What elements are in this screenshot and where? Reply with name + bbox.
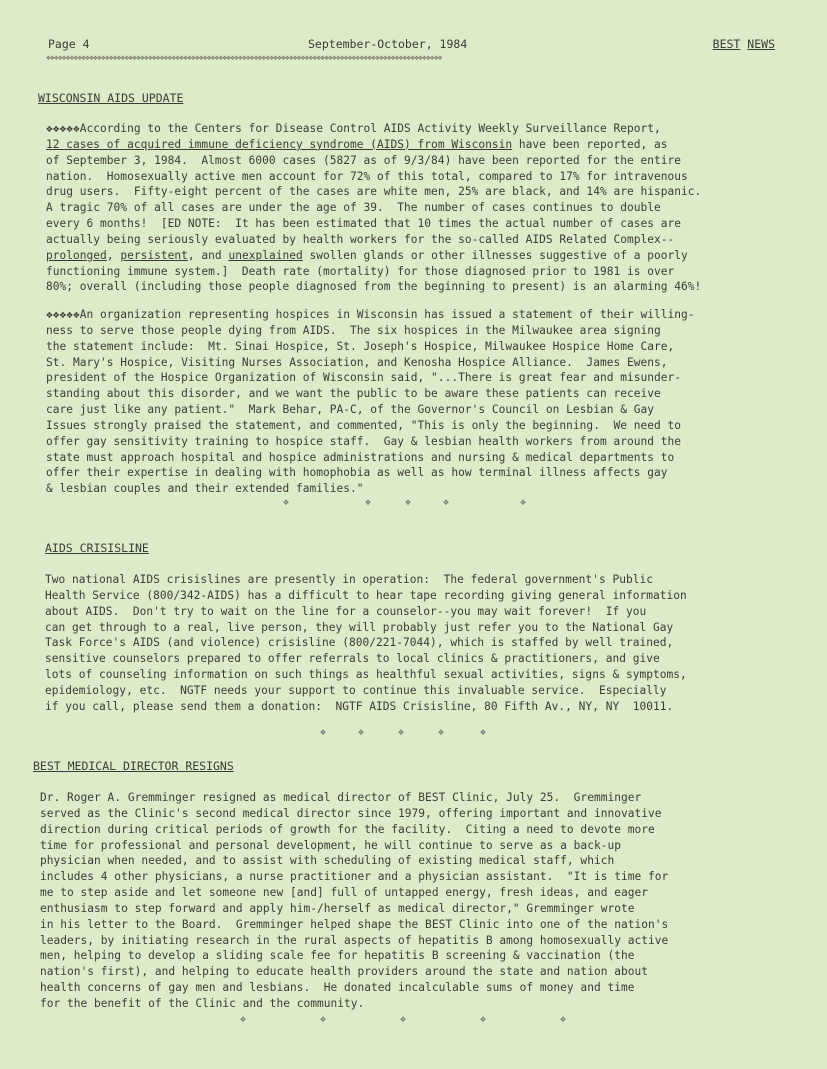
separator-star-icon: ❖ [438, 727, 444, 738]
article-paragraph: Two national AIDS crisislines are presen… [45, 572, 687, 715]
newsletter-page: Page 4 September-October, 1984 BEST NEWS… [0, 0, 827, 1069]
separator-star-icon: ❖ [405, 497, 411, 508]
separator-star-icon: ❖ [398, 727, 404, 738]
article-paragraph: ❖❖❖❖❖According to the Centers for Diseas… [46, 121, 701, 295]
separator-star-icon: ❖ [560, 1014, 566, 1025]
separator-star-icon: ❖ [443, 497, 449, 508]
article-paragraph: ❖❖❖❖❖An organization representing hospic… [46, 307, 695, 497]
publication-name-word-1: BEST [713, 37, 741, 51]
separator-star-icon: ❖ [283, 497, 289, 508]
separator-star-icon: ❖ [320, 1014, 326, 1025]
separator-star-icon: ❖ [520, 497, 526, 508]
page-header: Page 4 September-October, 1984 BEST NEWS [48, 37, 775, 51]
publication-name: BEST NEWS [713, 37, 775, 51]
issue-date: September-October, 1984 [308, 37, 467, 51]
separator-star-icon: ❖ [320, 727, 326, 738]
separator-star-icon: ❖ [240, 1014, 246, 1025]
article-title-best-medical-director-resigns: BEST MEDICAL DIRECTOR RESIGNS [33, 759, 234, 773]
header-divider: ❖❖❖❖❖❖❖❖❖❖❖❖❖❖❖❖❖❖❖❖❖❖❖❖❖❖❖❖❖❖❖❖❖❖❖❖❖❖❖❖… [46, 53, 776, 63]
article-paragraph: Dr. Roger A. Gremminger resigned as medi… [40, 790, 668, 1012]
separator-star-icon: ❖ [358, 727, 364, 738]
publication-name-word-2: NEWS [747, 37, 775, 51]
separator-star-icon: ❖ [480, 727, 486, 738]
article-title-aids-crisisline: AIDS CRISISLINE [45, 541, 149, 555]
separator-star-icon: ❖ [400, 1014, 406, 1025]
page-number: Page 4 [48, 37, 90, 51]
separator-star-icon: ❖ [365, 497, 371, 508]
separator-star-icon: ❖ [480, 1014, 486, 1025]
article-title-wisconsin-aids-update: WISCONSIN AIDS UPDATE [38, 91, 183, 105]
